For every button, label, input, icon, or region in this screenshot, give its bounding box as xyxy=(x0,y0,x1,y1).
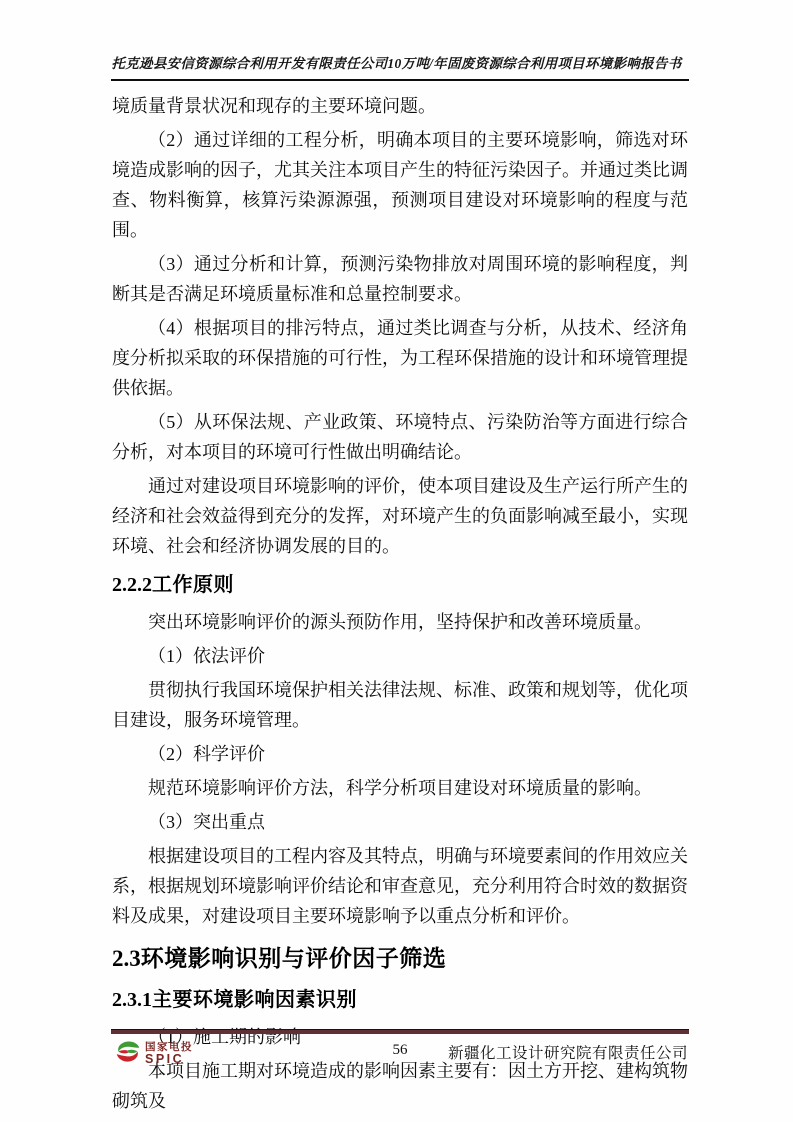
heading-number: 2.2.2 xyxy=(112,574,152,596)
paragraph: （3）突出重点 xyxy=(112,807,688,837)
heading-number: 2.3.1 xyxy=(112,989,152,1011)
section-heading-2-2-2: 2.2.2工作原则 xyxy=(112,570,688,600)
paragraph: 规范环境影响评价方法，科学分析项目建设对环境质量的影响。 xyxy=(112,773,688,803)
footer-rule xyxy=(111,1029,689,1034)
paragraph: 根据建设项目的工程内容及其特点，明确与环境要素间的作用效应关系，根据规划环境影响… xyxy=(112,841,688,931)
paragraph: （3）通过分析和计算，预测污染物排放对周围环境的影响程度，判断其是否满足环境质量… xyxy=(112,249,688,309)
heading-number: 2.3 xyxy=(112,946,141,971)
document-page: 托克逊县安信资源综合利用开发有限责任公司10万吨/年固废资源综合利用项目环境影响… xyxy=(0,0,793,1122)
footer: 国家电投 SPIC 56 新疆化工设计研究院有限责任公司 xyxy=(112,1038,688,1078)
paragraph: 境质量背景状况和现存的主要环境问题。 xyxy=(112,91,688,121)
heading-title: 工作原则 xyxy=(152,574,234,596)
paragraph: （2）科学评价 xyxy=(112,739,688,769)
heading-title: 主要环境影响因素识别 xyxy=(152,989,357,1011)
section-heading-2-3: 2.3环境影响识别与评价因子筛选 xyxy=(112,941,688,976)
paragraph: 突出环境影响评价的源头预防作用，坚持保护和改善环境质量。 xyxy=(112,607,688,637)
header-rule xyxy=(111,79,689,81)
paragraph: （5）从环保法规、产业政策、环境特点、污染防治等方面进行综合分析，对本项目的环境… xyxy=(112,407,688,467)
running-header-title: 托克逊县安信资源综合利用开发有限责任公司10万吨/年固废资源综合利用项目环境影响… xyxy=(88,52,705,72)
paragraph: 贯彻执行我国环境保护相关法律法规、标准、政策和规划等，优化项目建设，服务环境管理… xyxy=(112,675,688,735)
section-heading-2-3-1: 2.3.1主要环境影响因素识别 xyxy=(112,985,688,1015)
heading-title: 环境影响识别与评价因子筛选 xyxy=(141,945,447,971)
paragraph: 通过对建设项目环境影响的评价，使本项目建设及生产运行所产生的经济和社会效益得到充… xyxy=(112,471,688,561)
footer-company-name: 新疆化工设计研究院有限责任公司 xyxy=(448,1041,688,1063)
paragraph: （4）根据项目的排污特点，通过类比调查与分析，从技术、经济角度分析拟采取的环保措… xyxy=(112,313,688,403)
paragraph: （2）通过详细的工程分析，明确本项目的主要环境影响，筛选对环境造成影响的因子，尤… xyxy=(112,125,688,245)
document-body: 境质量背景状况和现存的主要环境问题。 （2）通过详细的工程分析，明确本项目的主要… xyxy=(112,91,688,1120)
paragraph: （1）依法评价 xyxy=(112,641,688,671)
